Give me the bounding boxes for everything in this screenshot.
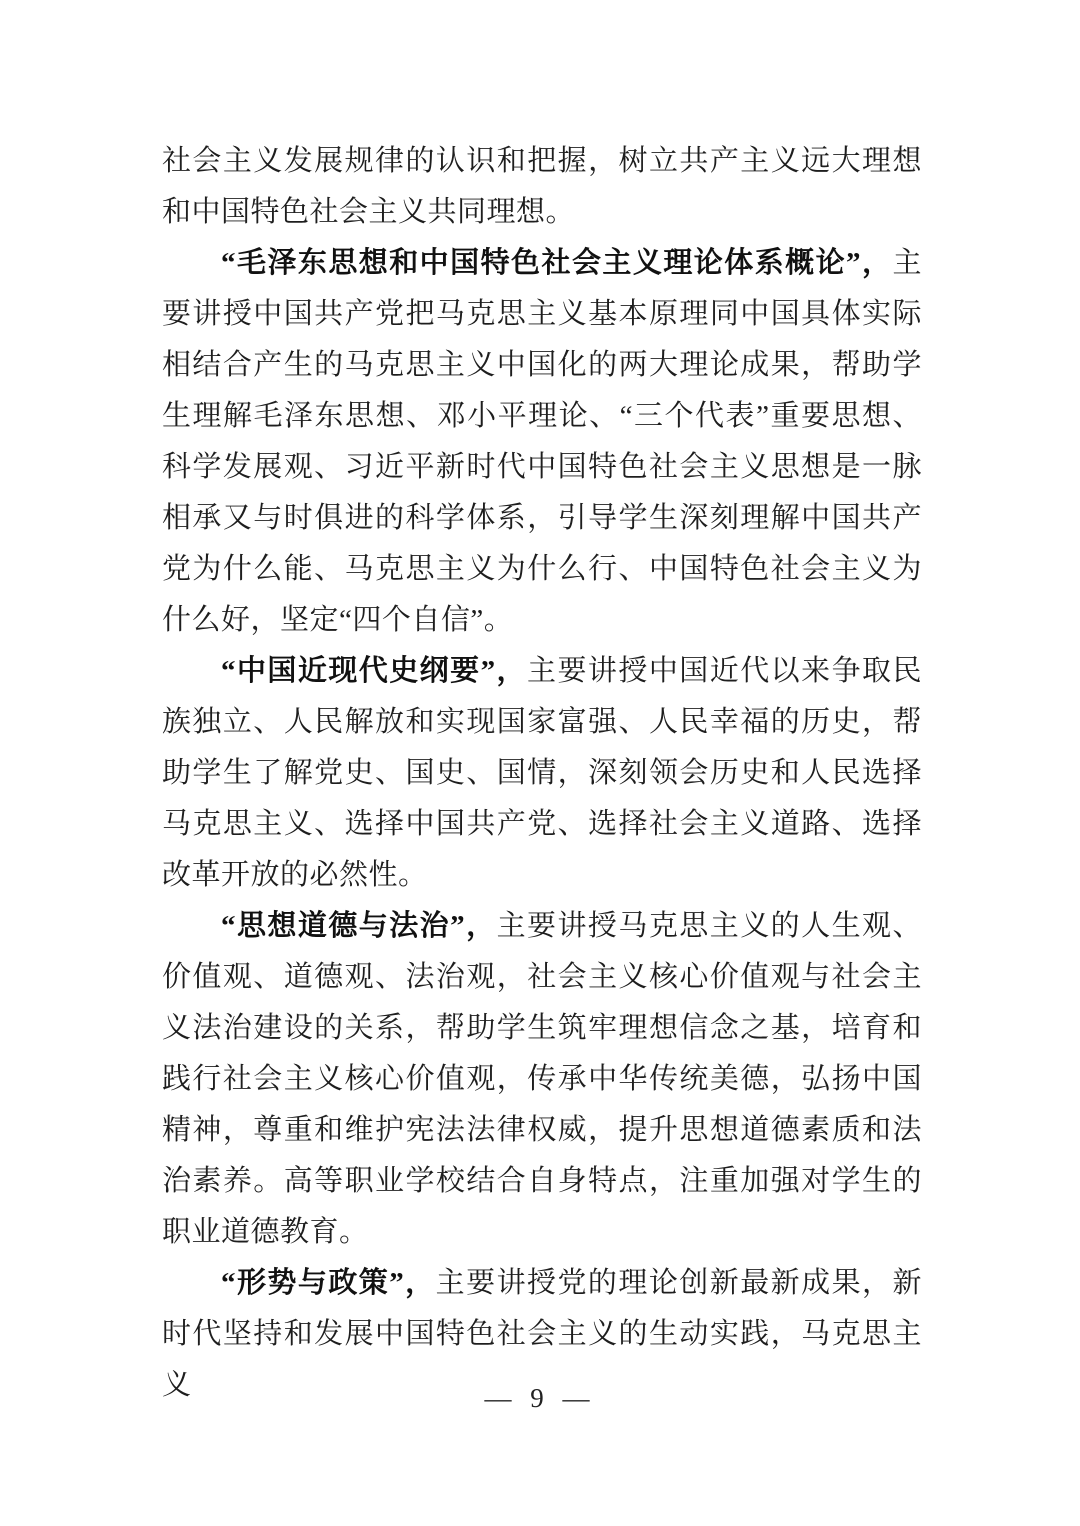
paragraph-course-morality-law: “思想道德与法治”，主要讲授马克思主义的人生观、价值观、道德观、法治观，社会主义… <box>162 901 922 1258</box>
page-number: — 9 — <box>0 1378 1080 1418</box>
paragraph-course-history: “中国近现代史纲要”，主要讲授中国近代以来争取民族独立、人民解放和实现国家富强、… <box>162 646 922 901</box>
paragraph-text: 主要讲授中国共产党把马克思主义基本原理同中国具体实际相结合产生的马克思主义中国化… <box>162 247 922 636</box>
course-title-bold: “中国近现代史纲要”， <box>221 655 527 687</box>
paragraph-continuation: 社会主义发展规律的认识和把握，树立共产主义远大理想和中国特色社会主义共同理想。 <box>162 136 922 238</box>
paragraph-text: 主要讲授中国近代以来争取民族独立、人民解放和实现国家富强、人民幸福的历史，帮助学… <box>162 655 922 891</box>
paragraph-text: 社会主义发展规律的认识和把握，树立共产主义远大理想和中国特色社会主义共同理想。 <box>162 145 922 228</box>
paragraph-text: 主要讲授马克思主义的人生观、价值观、道德观、法治观，社会主义核心价值观与社会主义… <box>162 910 922 1248</box>
course-title-bold: “毛泽东思想和中国特色社会主义理论体系概论”， <box>221 247 892 279</box>
paragraph-course-maogai: “毛泽东思想和中国特色社会主义理论体系概论”，主要讲授中国共产党把马克思主义基本… <box>162 238 922 646</box>
document-body-text: 社会主义发展规律的认识和把握，树立共产主义远大理想和中国特色社会主义共同理想。 … <box>162 136 922 1411</box>
course-title-bold: “形势与政策”， <box>221 1267 436 1299</box>
document-page: 社会主义发展规律的认识和把握，树立共产主义远大理想和中国特色社会主义共同理想。 … <box>0 0 1080 1526</box>
course-title-bold: “思想道德与法治”， <box>221 910 497 942</box>
